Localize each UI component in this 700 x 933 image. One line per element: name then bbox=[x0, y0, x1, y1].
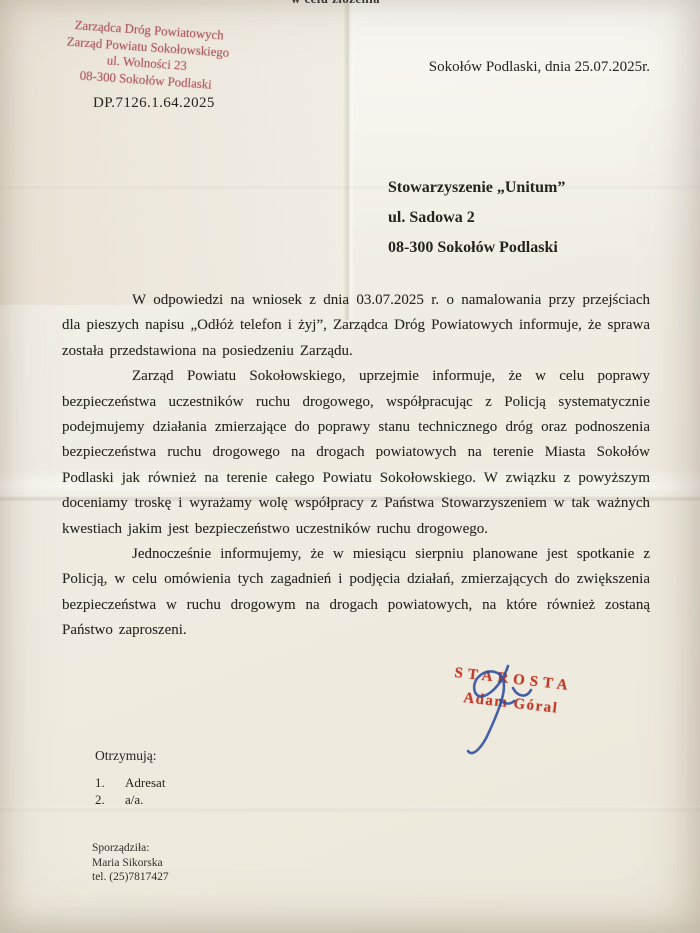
prepared-by-block: Sporządziła: Maria Sikorska tel. (25)781… bbox=[92, 841, 169, 885]
addressee-name: Stowarzyszenie „Unitum” bbox=[388, 173, 565, 203]
distribution-item-number: 2. bbox=[95, 791, 125, 808]
addressee-block: Stowarzyszenie „Unitum” ul. Sadowa 2 08-… bbox=[388, 173, 565, 263]
signature-scribble-icon bbox=[428, 644, 558, 779]
body-paragraph: Jednocześnie informujemy, że w miesiącu … bbox=[62, 542, 650, 644]
distribution-list: Otrzymują: 1. Adresat 2. a/a. bbox=[95, 748, 165, 808]
prepared-by-phone: tel. (25)7817427 bbox=[92, 870, 169, 885]
letter-photo: w celu złożenia Zarządca Dróg Powiatowyc… bbox=[0, 0, 700, 933]
fold-crease-horizontal-top bbox=[0, 184, 700, 190]
reference-number: DP.7126.1.64.2025 bbox=[93, 95, 215, 112]
distribution-item-number: 1. bbox=[95, 774, 125, 791]
dateline: Sokołów Podlaski, dnia 25.07.2025r. bbox=[429, 59, 650, 76]
addressee-city: 08-300 Sokołów Podlaski bbox=[388, 233, 565, 263]
letter-body: W odpowiedzi na wniosek z dnia 03.07.202… bbox=[62, 288, 650, 644]
prepared-by-name: Maria Sikorska bbox=[92, 856, 169, 871]
fold-crease-vertical bbox=[343, 0, 355, 320]
distribution-item: 1. Adresat bbox=[95, 774, 165, 791]
distribution-item-label: a/a. bbox=[125, 791, 143, 808]
body-paragraph: W odpowiedzi na wniosek z dnia 03.07.202… bbox=[62, 288, 650, 364]
prepared-by-label: Sporządziła: bbox=[92, 841, 169, 856]
addressee-street: ul. Sadowa 2 bbox=[388, 203, 565, 233]
distribution-heading: Otrzymują: bbox=[95, 748, 165, 764]
distribution-item-label: Adresat bbox=[125, 774, 165, 791]
top-edge-partial-text: w celu złożenia bbox=[291, 0, 380, 7]
distribution-item: 2. a/a. bbox=[95, 791, 165, 808]
body-paragraph: Zarząd Powiatu Sokołowskiego, uprzejmie … bbox=[62, 364, 650, 542]
